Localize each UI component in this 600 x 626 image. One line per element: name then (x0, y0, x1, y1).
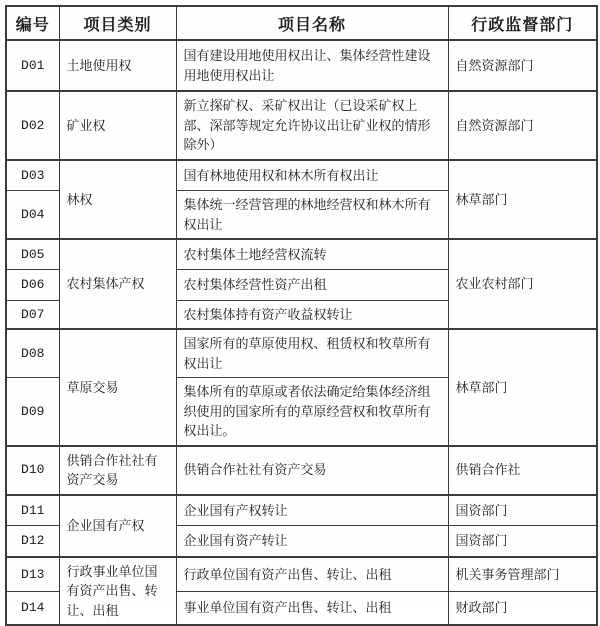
code-cell: D11 (6, 495, 59, 526)
code-cell: D07 (6, 300, 59, 329)
code-cell: D12 (6, 526, 59, 557)
category-cell: 林权 (59, 160, 176, 240)
department-cell: 农业农村部门 (448, 239, 597, 329)
name-cell: 企业国有资产转让 (176, 526, 448, 557)
department-cell: 财政部门 (448, 592, 597, 625)
code-cell: D14 (6, 592, 59, 625)
code-cell: D01 (6, 40, 59, 91)
name-cell: 集体所有的草原或者依法确定给集体经济组织使用的国家所有的草原经营权和牧草所有权出… (176, 378, 448, 446)
category-cell: 供销合作社社有资产交易 (59, 446, 176, 495)
header-row: 编号 项目类别 项目名称 行政监督部门 (6, 6, 597, 40)
table-row: D08草原交易国家所有的草原使用权、租赁权和牧草所有权出让林草部门 (6, 329, 597, 378)
department-cell: 国资部门 (448, 495, 597, 526)
department-cell: 机关事务管理部门 (448, 557, 597, 592)
table-row: D11企业国有产权企业国有产权转让国资部门 (6, 495, 597, 526)
page: 编号 项目类别 项目名称 行政监督部门 D01土地使用权国有建设用地使用权出让、… (0, 0, 600, 602)
department-cell: 自然资源部门 (448, 91, 597, 160)
code-cell: D04 (6, 191, 59, 240)
name-cell: 农村集体土地经营权流转 (176, 239, 448, 269)
name-cell: 集体统一经营管理的林地经营权和林木所有权出让 (176, 191, 448, 240)
code-cell: D13 (6, 557, 59, 592)
department-cell: 林草部门 (448, 160, 597, 240)
name-cell: 事业单位国有资产出售、转让、出租 (176, 592, 448, 625)
name-cell: 供销合作社社有资产交易 (176, 446, 448, 495)
code-cell: D06 (6, 269, 59, 300)
code-cell: D09 (6, 378, 59, 446)
table-row: D10供销合作社社有资产交易供销合作社社有资产交易供销合作社 (6, 446, 597, 495)
name-cell: 新立探矿权、采矿权出让（已设采矿权上部、深部等规定允许协议出让矿业权的情形除外） (176, 91, 448, 160)
table-row: D01土地使用权国有建设用地使用权出让、集体经营性建设用地使用权出让自然资源部门 (6, 40, 597, 91)
table-row: D13行政事业单位国有资产出售、转让、出租行政单位国有资产出售、转让、出租机关事… (6, 557, 597, 592)
rights-trading-table: 编号 项目类别 项目名称 行政监督部门 D01土地使用权国有建设用地使用权出让、… (5, 5, 598, 626)
table-row: D02矿业权新立探矿权、采矿权出让（已设采矿权上部、深部等规定允许协议出让矿业权… (6, 91, 597, 160)
code-cell: D03 (6, 160, 59, 191)
department-cell: 自然资源部门 (448, 40, 597, 91)
name-cell: 行政单位国有资产出售、转让、出租 (176, 557, 448, 592)
category-cell: 行政事业单位国有资产出售、转让、出租 (59, 557, 176, 626)
department-cell: 供销合作社 (448, 446, 597, 495)
name-cell: 农村集体持有资产收益权转让 (176, 300, 448, 329)
department-cell: 林草部门 (448, 329, 597, 446)
header-cell-category: 项目类别 (59, 6, 176, 40)
name-cell: 农村集体经营性资产出租 (176, 269, 448, 300)
department-cell: 国资部门 (448, 526, 597, 557)
name-cell: 国家所有的草原使用权、租赁权和牧草所有权出让 (176, 329, 448, 378)
header-cell-department: 行政监督部门 (448, 6, 597, 40)
category-cell: 企业国有产权 (59, 495, 176, 557)
header-cell-code: 编号 (6, 6, 59, 40)
category-cell: 农村集体产权 (59, 239, 176, 329)
category-cell: 土地使用权 (59, 40, 176, 91)
name-cell: 国有建设用地使用权出让、集体经营性建设用地使用权出让 (176, 40, 448, 91)
header-cell-name: 项目名称 (176, 6, 448, 40)
code-cell: D08 (6, 329, 59, 378)
code-cell: D05 (6, 239, 59, 269)
category-cell: 草原交易 (59, 329, 176, 446)
table-row: D05农村集体产权农村集体土地经营权流转农业农村部门 (6, 239, 597, 269)
name-cell: 国有林地使用权和林木所有权出让 (176, 160, 448, 191)
category-cell: 矿业权 (59, 91, 176, 160)
code-cell: D10 (6, 446, 59, 495)
code-cell: D02 (6, 91, 59, 160)
name-cell: 企业国有产权转让 (176, 495, 448, 526)
table-row: D03林权国有林地使用权和林木所有权出让林草部门 (6, 160, 597, 191)
